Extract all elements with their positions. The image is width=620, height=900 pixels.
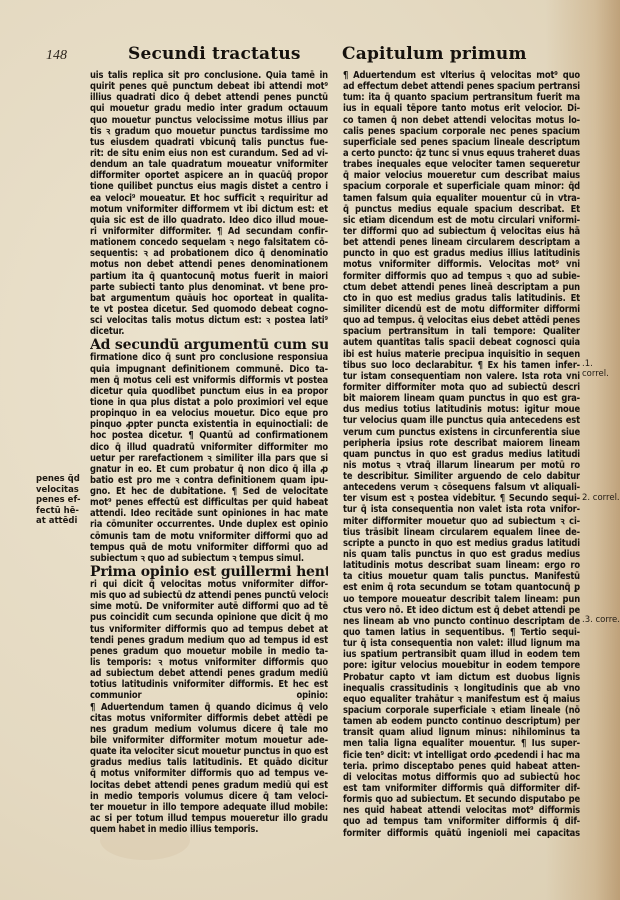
text-line: gnatur in eo. Et cum probatur q̄ non dic… [90, 464, 328, 475]
text-line: nes quid habeat attendi velocitas mot⁹ d… [343, 805, 580, 816]
text-line: latitudinis motus describat suam lineam:… [343, 560, 580, 571]
text-line: lis temporis: ꝛ motus vniformiter diffor… [90, 657, 328, 668]
text-line: formiter difformis quo ad tempus ꝛ quo a… [343, 271, 580, 282]
text-line: ius spatium pertransibit quam illud in e… [343, 649, 580, 660]
text-line: dendum an tale quadratum moueatur vnifor… [90, 159, 328, 170]
text-line: antecedens verum ꝛ cōsequens falsum vt a… [343, 482, 580, 493]
text-line: dicetur. [90, 326, 328, 337]
section-heading-ad-secundum: Ad secundū argumentū cum sua con [90, 338, 328, 352]
text-line: uo tempore moueatur describit talem line… [343, 594, 580, 605]
text-line: rit: de situ enim eius non est curandum.… [90, 148, 328, 159]
text-line: inequalis crassitudinis ꝛ longitudinis q… [343, 683, 580, 694]
text-line: est enim q̄ rota secundum se totam quant… [343, 582, 580, 593]
text-line: communior opinio: [90, 690, 328, 701]
text-line: ¶ Aduertendum est vlterius q̄ velocitas … [343, 70, 580, 81]
text-line: tibus suo loco declarabitur. ¶ Ex his ta… [343, 360, 580, 371]
left-paragraph-group-b: firmatione dico q̄ sunt pro conclusione … [90, 352, 328, 564]
text-line: citas motus vniformiter difformis debet … [90, 713, 328, 724]
text-line: partium ita q̄ quantocunq̄ motus fuerit … [90, 271, 328, 282]
text-line: bit maiorem lineam quam punctus in quo e… [343, 393, 580, 404]
text-line: sequentis: ꝛ ad probationem dico q̄ deno… [90, 248, 328, 259]
text-line: mis quo ad subiectū dz attendi penes pun… [90, 590, 328, 601]
text-line: verum cum punctus existens in circunfere… [343, 427, 580, 438]
text-line: tus vniformiter difformis quo ad tempus … [90, 624, 328, 635]
text-line: tempus quā de motu vniformiter difformi … [90, 542, 328, 553]
running-head-right: Capitulum primum [342, 44, 527, 64]
text-line: bat argumentum quāuis hoc oporteat in qu… [90, 293, 328, 304]
section-heading-prima-opinio: Prima opinio est guillermi hentisbe- [90, 565, 328, 579]
text-line: tur istam consequentiam non valere. Ista… [343, 371, 580, 382]
text-line: hoc postea dicetur. ¶ Quantū ad confirma… [90, 430, 328, 441]
text-line: ad effectum debet attendi penes spacium … [343, 81, 580, 92]
text-line: formiter difformiter mota quo ad subiect… [343, 382, 580, 393]
text-line: locitas debet attendi penes gradum mediū… [90, 780, 328, 791]
text-line: ctus vero nō. Et ideo dictum est q̄ debe… [343, 605, 580, 616]
text-line: ctum debet attendi penes lineā descripta… [343, 282, 580, 293]
text-line: quo ad tempus. q̄ velocitas eius debet a… [343, 315, 580, 326]
text-line: te vt postea dicetur. Sed quomodo debeat… [90, 304, 328, 315]
text-line: trabes inequales eque velociter tamen se… [343, 159, 580, 170]
text-line: motus vniformiter difformis. Velocitas m… [343, 259, 580, 270]
text-line: transit quam aliud lignum minus: nihilom… [343, 727, 580, 738]
text-line: formis quo ad subiectum. Et secundo disp… [343, 794, 580, 805]
text-line: propinquo in ea velocius mouetur. Dico e… [90, 408, 328, 419]
text-line: ter difformi quo ad subiectum q̄ velocit… [343, 226, 580, 237]
text-line: pore: igitur velocius mouebitur in eodem… [343, 660, 580, 671]
left-text-column: uis talis replica sit pro conclusione. Q… [90, 70, 328, 835]
text-line: miter difformiter mouetur quo ad subiect… [343, 516, 580, 527]
page-number: 148 [46, 48, 67, 64]
text-line: tur q̄ ista consequentia non valet: illu… [343, 638, 580, 649]
text-line: di velocitas motus difformis quo ad subi… [343, 772, 580, 783]
text-line: ta citius mouetur quam talis punctus. Ma… [343, 571, 580, 582]
margin-note-line: velocitas [36, 485, 90, 496]
text-line: tione quilibet punctus eius magis distet… [90, 181, 328, 192]
left-paragraph-group-a: uis talis replica sit pro conclusione. Q… [90, 70, 328, 337]
text-line: co tamen q̄ non debet attendi velocitas … [343, 115, 580, 126]
text-line: quate ita velociter sicut mouetur punctu… [90, 746, 328, 757]
text-line: parte subiecti tanto plus denominat. vt … [90, 282, 328, 293]
text-line: calis penes spacium corporale nec penes … [343, 126, 580, 137]
text-line: difformiter oportet aspicere an in quacū… [90, 170, 328, 181]
text-line: sci velocitas talis motus dictum est: ꝛ … [90, 315, 328, 326]
text-line: ter visum est ꝛ postea videbitur. ¶ Secu… [343, 493, 580, 504]
text-line: motum vniformiter difformem vt ibi dictu… [90, 204, 328, 215]
text-line: formiter difformis quātū ingenioli mei c… [343, 828, 580, 839]
text-line: autem quantitas talis spacii debeat cogn… [343, 337, 580, 348]
text-line: tendi penes gradum medium quo ad tempus … [90, 635, 328, 646]
text-line: spacium corporale superficiale ꝛ etiam l… [343, 705, 580, 716]
text-line: q̄ punctus medius equale spacium describ… [343, 204, 580, 215]
text-line: superficiale sed penes spacium lineale d… [343, 137, 580, 148]
text-line: gradus medius talis latitudinis. Et quād… [90, 757, 328, 768]
text-line: nis quam talis punctus in quo est gradus… [343, 549, 580, 560]
text-line: te describitur. Similiter arguendo de ce… [343, 471, 580, 482]
text-line: quo mouetur punctus velocissime motus il… [90, 115, 328, 126]
text-line: gno. Et hec de dubitatione. ¶ Sed de vel… [90, 486, 328, 497]
text-line: peripheria ipsius rote describat maiorem… [343, 438, 580, 449]
book-page: 148 Secundi tractatus Capitulum primum u… [0, 0, 620, 900]
text-line: sic etiam dicendum est de motu circulari… [343, 215, 580, 226]
text-line: nes lineam ab vno puncto continuo descri… [343, 616, 580, 627]
text-line: q̄ maior velocius moueretur cum describa… [343, 170, 580, 181]
text-line: ius in equali tēpore tanto motus erit ve… [343, 103, 580, 114]
text-line: bet attendi penes lineam circularem desc… [343, 237, 580, 248]
text-line: quem habet in medio illius temporis. [90, 824, 328, 835]
margin-note-line: penes ef- [36, 495, 90, 506]
text-line: pinquo ꝓpter puncta existentia in equino… [90, 419, 328, 430]
text-line: sime motū. De vniformiter autē difformi … [90, 601, 328, 612]
text-line: nis motus ꝛ vtraq̄ illarum linearum per … [343, 460, 580, 471]
text-line: quirit penes quē punctum debeat ibi atte… [90, 81, 328, 92]
text-line: uetur per rarefactionem ꝛ similiter illa… [90, 453, 328, 464]
text-line: tis ꝛ gradum quo mouetur punctus tardiss… [90, 126, 328, 137]
text-line: tus eiusdem quadrati vbicunq̄ talis punc… [90, 137, 328, 148]
text-line: scripte a puncto in quo est medius gradu… [343, 538, 580, 549]
text-line: attendi. Ideo recitāde sunt opiniones in… [90, 508, 328, 519]
text-line: tamen falsum quia equaliter mouentur cū … [343, 193, 580, 204]
text-line: dus medius totius latitudinis motus: igi… [343, 404, 580, 415]
text-line: motus non debet attendi penes denominati… [90, 259, 328, 270]
text-line: est tam vniformiter difformis quā diffor… [343, 783, 580, 794]
text-line: ter mouetur in illo tempore adequate ill… [90, 802, 328, 813]
corollary-margin-note: 2. correl. [582, 493, 620, 504]
text-line: ri vniformiter difformiter. ¶ Ad secunda… [90, 226, 328, 237]
text-line: spacium corporale et superficiale quam m… [343, 181, 580, 192]
text-line: nes gradum medium volumus dicere q̄ tale… [90, 724, 328, 735]
running-head-left: Secundi tractatus [128, 44, 301, 64]
text-line: tur velocius quam ille punctus quia ante… [343, 415, 580, 426]
text-line: bile vniformiter difformiter motum mouet… [90, 735, 328, 746]
text-line: batio est pro me ꝛ contra definitionem q… [90, 475, 328, 486]
text-line: quia impugnant definitionem communē. Dic… [90, 364, 328, 375]
text-line: quo tamen latius in sequentibus. ¶ Terti… [343, 627, 580, 638]
text-line: ad subiectum debet attendi penes gradum … [90, 668, 328, 679]
text-line: puncto in quo est gradus medius illius l… [343, 248, 580, 259]
text-line: ficie ten⁹ dicit: vt intelligat ordo ꝓce… [343, 750, 580, 761]
text-line: subiectum ꝛ quo ad subiectum ꝛ tempus si… [90, 553, 328, 564]
text-line: tur q̄ ista consequentia non valet ista … [343, 504, 580, 515]
text-line: ac si per totum illud tempus moueretur i… [90, 813, 328, 824]
text-line: spacium pertransitum in tali tempore: Qu… [343, 326, 580, 337]
text-line: tius trāsibit lineam circularem equalem … [343, 527, 580, 538]
corollary-margin-note: .3. corre. [582, 615, 620, 626]
text-line: quia sic est de illo quadrato. Ideo dico… [90, 215, 328, 226]
text-line: penes gradum quo mouetur mobile in medio… [90, 646, 328, 657]
margin-note-line: at attēdi [36, 516, 90, 527]
text-line: mot⁹ penes effectū est difficultas per q… [90, 497, 328, 508]
text-line: totius latitudinis vniformiter difformis… [90, 679, 328, 690]
text-line: equo equaliter trahātur ꝛ manifestum est… [343, 694, 580, 705]
text-line: tione in qua plus distat a polo proximio… [90, 397, 328, 408]
text-line: qui mouetur gradu medio inter gradum oct… [90, 103, 328, 114]
left-paragraph-group-c: ri qui dicit q̄ velocitas motus vniformi… [90, 579, 328, 835]
text-line: illius quadrati dico q̄ debet attendi pe… [90, 92, 328, 103]
text-line: cōmunis tam de motu vniformiter difformi… [90, 531, 328, 542]
margin-note-line: fectū hē- [36, 506, 90, 517]
text-line: ri qui dicit q̄ velocitas motus vniformi… [90, 579, 328, 590]
text-line: similiter dicendū est de motu difformite… [343, 304, 580, 315]
text-line: quo ad tempus tam vniformiter difformis … [343, 816, 580, 827]
text-line: dicetur quia quodlibet punctum eius in e… [90, 386, 328, 397]
text-line: quam punctus in quo est gradus medius la… [343, 449, 580, 460]
text-line: tum: ita q̄ quanto spacium pertransitum … [343, 92, 580, 103]
text-line: cto in quo est medius gradus talis latit… [343, 293, 580, 304]
text-line: firmatione dico q̄ sunt pro conclusione … [90, 352, 328, 363]
text-line: teria. primo disceptabo penes quid habea… [343, 761, 580, 772]
text-line: men talia ligna equaliter mouentur. ¶ Iu… [343, 738, 580, 749]
text-line: uis talis replica sit pro conclusione. Q… [90, 70, 328, 81]
text-line: in medio temporis volumus dicere q̄ tam … [90, 791, 328, 802]
right-text-column: ¶ Aduertendum est vlterius q̄ velocitas … [343, 70, 580, 839]
text-line: ibi est huius materie precipua inquisiti… [343, 349, 580, 360]
text-line: a certo puncto: q̄z tunc si vnus equus t… [343, 148, 580, 159]
text-line: ea veloci⁹ moueatur. Et hoc sufficit ꝛ r… [90, 193, 328, 204]
text-line: q̄ motus vniformiter difformis quo ad te… [90, 768, 328, 779]
text-line: mationem concedo sequelam ꝛ nego falsita… [90, 237, 328, 248]
text-line: ¶ Aduertendum tamen q̄ quando dicimus q̄… [90, 702, 328, 713]
text-line: men q̄ motus celi est vniformis difformi… [90, 375, 328, 386]
text-line: ria cōmuniter occurrentes. Unde duplex e… [90, 519, 328, 530]
left-margin-note: penes q̄dvelocitaspenes ef-fectū hē-at a… [36, 474, 90, 527]
text-line: pus coincidit cum secunda opinione que d… [90, 612, 328, 623]
text-line: Probatur capto vt iam dictum est duobus … [343, 672, 580, 683]
margin-note-line: penes q̄d [36, 474, 90, 485]
text-line: dico q̄ illud quadratū vniformiter diffo… [90, 442, 328, 453]
text-line: tamen ab eodem puncto continuo descriptu… [343, 716, 580, 727]
corollary-margin-note: .1. correl. [582, 359, 620, 380]
